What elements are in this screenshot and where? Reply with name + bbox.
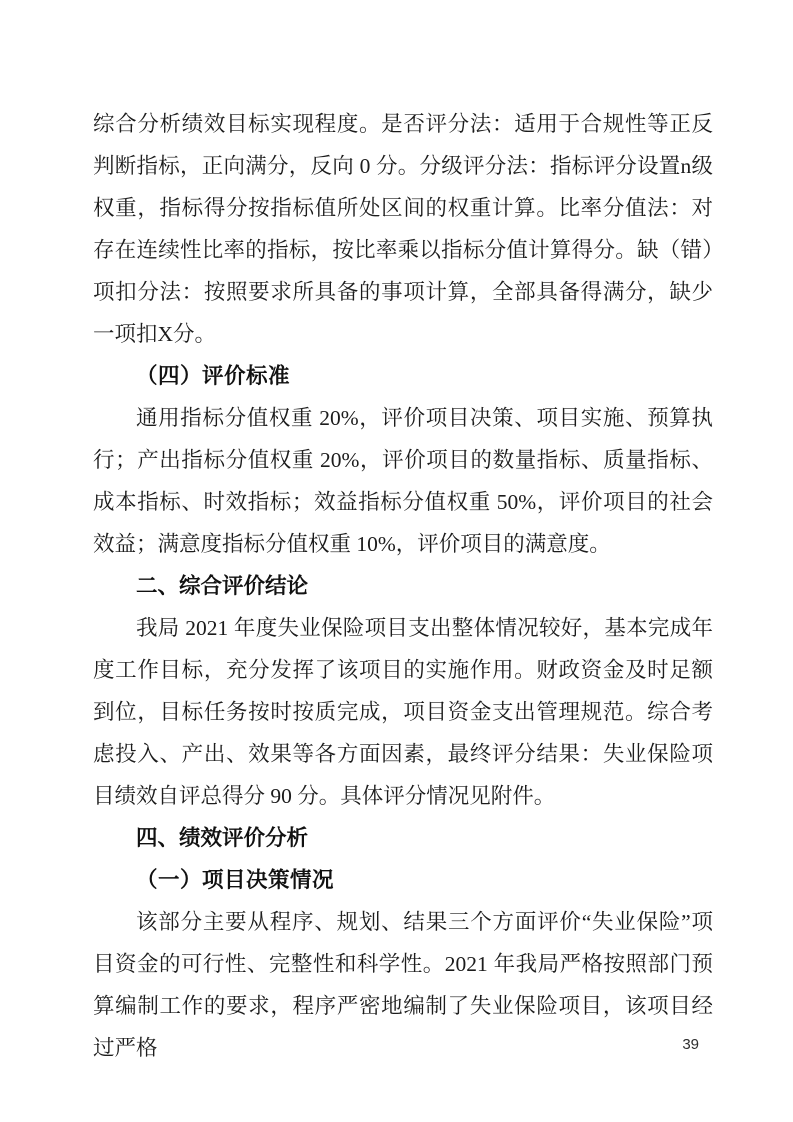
heading-performance-analysis: 四、绩效评价分析 (93, 817, 713, 859)
paragraph-conclusion: 我局 2021 年度失业保险项目支出整体情况较好，基本完成年度工作目标，充分发挥… (93, 607, 713, 817)
paragraph-scoring-methods: 综合分析绩效目标实现程度。是否评分法：适用于合规性等正反判断指标，正向满分，反向… (93, 103, 713, 355)
document-body: 综合分析绩效目标实现程度。是否评分法：适用于合规性等正反判断指标，正向满分，反向… (93, 103, 713, 1069)
page-number: 39 (682, 1036, 699, 1053)
heading-evaluation-criteria: （四）评价标准 (93, 355, 713, 397)
document-page: 综合分析绩效目标实现程度。是否评分法：适用于合规性等正反判断指标，正向满分，反向… (0, 0, 793, 1122)
heading-overall-conclusion: 二、综合评价结论 (93, 565, 713, 607)
heading-project-decision: （一）项目决策情况 (93, 859, 713, 901)
paragraph-criteria-weights: 通用指标分值权重 20%，评价项目决策、项目实施、预算执行；产出指标分值权重 2… (93, 397, 713, 565)
paragraph-decision-analysis: 该部分主要从程序、规划、结果三个方面评价“失业保险”项目资金的可行性、完整性和科… (93, 901, 713, 1069)
